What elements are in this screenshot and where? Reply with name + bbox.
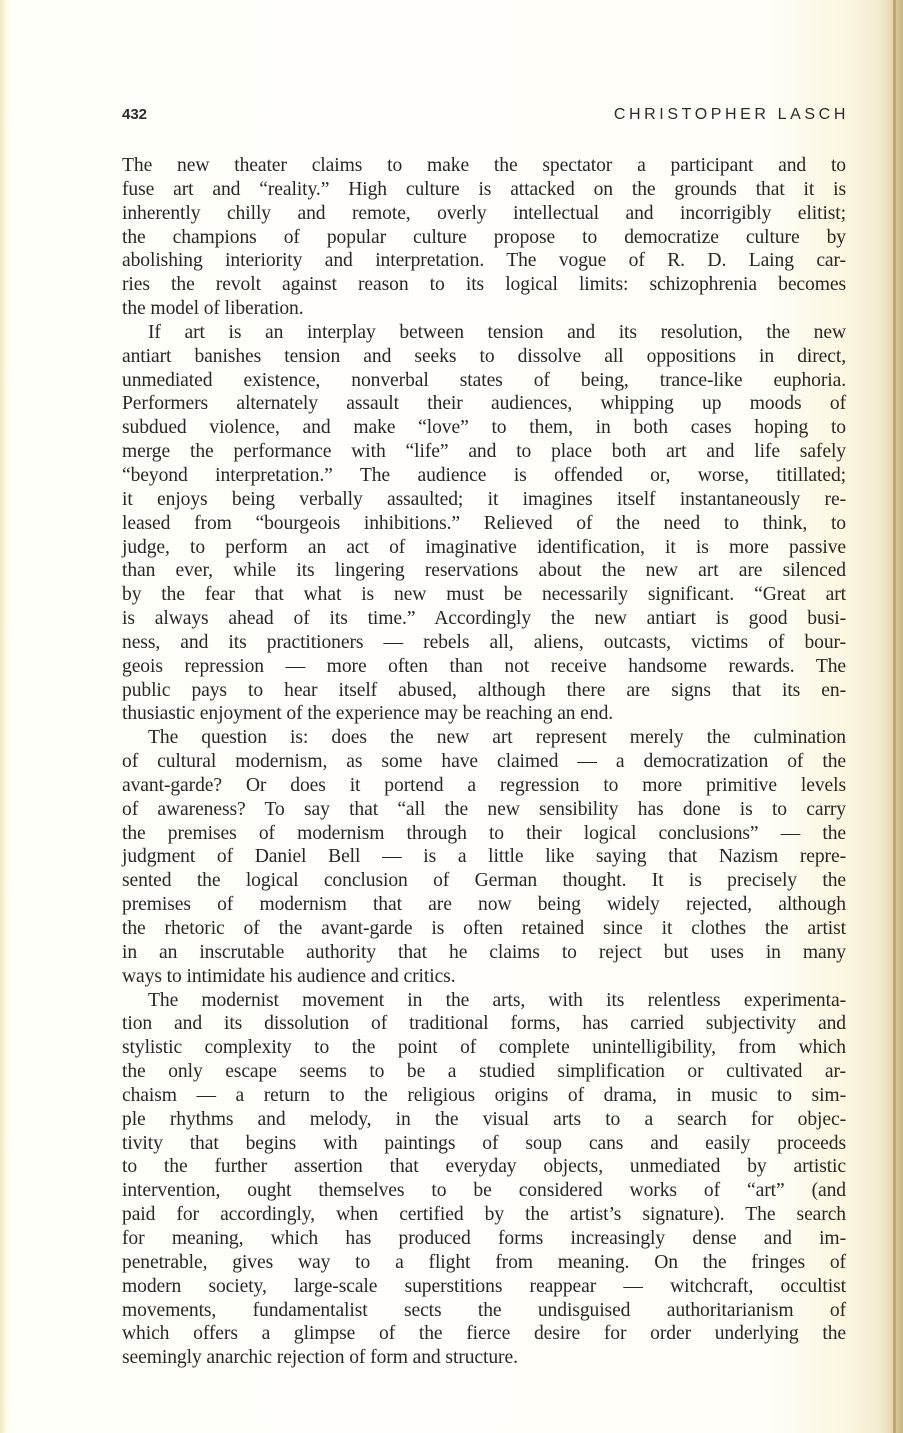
text-line: abolishing interiority and interpretatio… [122,249,846,273]
text-line: tion and its dissolution of traditional … [122,1012,846,1036]
page-binding-edge [893,0,896,1433]
text-line: inherently chilly and remote, overly int… [122,202,846,226]
text-line: movements, fundamentalist sects the undi… [122,1299,846,1323]
text-line: antiart banishes tension and seeks to di… [122,345,846,369]
text-line: for meaning, which has produced forms in… [122,1227,846,1251]
text-line: sented the logical conclusion of German … [122,869,846,893]
text-line: If art is an interplay between tension a… [122,321,846,345]
text-line: avant-garde? Or does it portend a regres… [122,774,846,798]
page-header: 432 CHRISTOPHER LASCH [122,106,846,126]
text-line: in an inscrutable authority that he clai… [122,941,846,965]
paragraph: The new theater claims to make the spect… [122,154,846,321]
text-line: it enjoys being verbally assaulted; it i… [122,488,846,512]
body-text: The new theater claims to make the spect… [122,154,846,1370]
book-page: 432 CHRISTOPHER LASCH The new theater cl… [0,0,903,1433]
text-line: leased from “bourgeois inhibitions.” Rel… [122,512,846,536]
paragraph: If art is an interplay between tension a… [122,321,846,726]
text-line: unmediated existence, nonverbal states o… [122,369,846,393]
paragraph: The question is: does the new art repres… [122,726,846,988]
text-line: the model of liberation. [122,297,846,321]
text-line: of cultural modernism, as some have clai… [122,750,846,774]
text-line: ness, and its practitioners — rebels all… [122,631,846,655]
text-line: paid for accordingly, when certified by … [122,1203,846,1227]
text-line: Performers alternately assault their aud… [122,392,846,416]
text-line: “beyond interpretation.” The audience is… [122,464,846,488]
text-line: the champions of popular culture propose… [122,226,846,250]
text-line: the only escape seems to be a studied si… [122,1060,846,1084]
text-line: subdued violence, and make “love” to the… [122,416,846,440]
text-line: by the fear that what is new must be nec… [122,583,846,607]
text-line: is always ahead of its time.” Accordingl… [122,607,846,631]
text-line: the rhetoric of the avant-garde is often… [122,917,846,941]
text-line: merge the performance with “life” and to… [122,440,846,464]
text-line: which offers a glimpse of the fierce des… [122,1322,846,1346]
page-left-edge [0,0,6,1433]
text-line: stylistic complexity to the point of com… [122,1036,846,1060]
text-line: ries the revolt against reason to its lo… [122,273,846,297]
text-line: the premises of modernism through to the… [122,822,846,846]
text-line: premises of modernism that are now being… [122,893,846,917]
page-number: 432 [122,106,147,123]
text-line: The question is: does the new art repres… [122,726,846,750]
text-line: geois repression — more often than not r… [122,655,846,679]
text-line: ways to intimidate his audience and crit… [122,965,846,989]
paragraph: The modernist movement in the arts, with… [122,989,846,1371]
text-line: fuse art and “reality.” High culture is … [122,178,846,202]
text-line: ple rhythms and melody, in the visual ar… [122,1108,846,1132]
text-line: The modernist movement in the arts, with… [122,989,846,1013]
text-line: judgment of Daniel Bell — is a little li… [122,845,846,869]
running-head-author: CHRISTOPHER LASCH [614,106,849,124]
text-line: chaism — a return to the religious origi… [122,1084,846,1108]
text-line: thusiastic enjoyment of the experience m… [122,702,846,726]
text-line: to the further assertion that everyday o… [122,1155,846,1179]
text-line: of awareness? To say that “all the new s… [122,798,846,822]
text-line: penetrable, gives way to a flight from m… [122,1251,846,1275]
text-line: judge, to perform an act of imaginative … [122,536,846,560]
text-line: than ever, while its lingering reservati… [122,559,846,583]
text-line: The new theater claims to make the spect… [122,154,846,178]
text-line: modern society, large-scale superstition… [122,1275,846,1299]
text-line: intervention, ought themselves to be con… [122,1179,846,1203]
text-line: public pays to hear itself abused, altho… [122,679,846,703]
text-line: seemingly anarchic rejection of form and… [122,1346,846,1370]
text-line: tivity that begins with paintings of sou… [122,1132,846,1156]
